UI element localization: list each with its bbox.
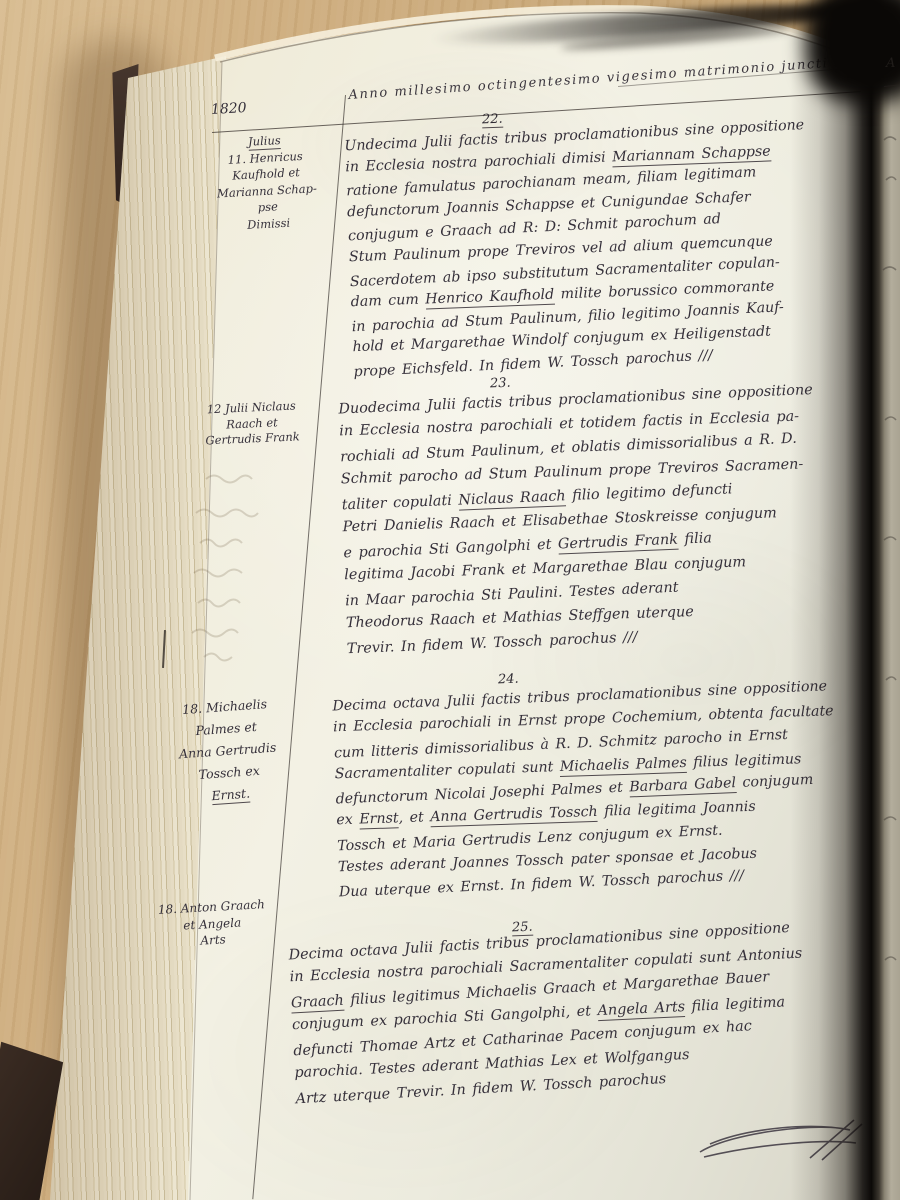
entry-number: 23.	[490, 376, 511, 392]
text-segment: Niclaus Raach	[458, 488, 566, 510]
text-segment: Raach et	[226, 415, 278, 431]
margin-note: 12 Julii NiclausRaach etGertrudis Frank	[192, 398, 312, 450]
text-segment: taliter copulati	[341, 493, 458, 514]
margin-note: 18. Anton Graachet AngelaArts	[155, 896, 269, 951]
text-segment: dam cum	[350, 292, 425, 311]
register-entry-body: Duodecima Julii factis tribus proclamati…	[338, 379, 822, 659]
photographed-register-page: Anno millesimo octingentesimo vigesimo m…	[0, 0, 900, 1200]
next-page-text-fragment: A	[886, 56, 895, 71]
entry-number: 24.	[498, 672, 519, 688]
text-segment: Sacramentaliter copulati sunt	[335, 759, 561, 782]
text-segment: filio legitimo defuncti	[565, 481, 732, 504]
text-segment: filia legitima	[685, 994, 786, 1015]
text-segment: 18. Michaelis	[182, 696, 268, 717]
text-segment: Gertrudis Frank	[205, 429, 300, 447]
text-segment: Anna Gertrudis Tossch	[430, 804, 598, 827]
register-entry-body: Decima octava Julii factis tribus procla…	[332, 677, 840, 904]
text-segment: filia legitima Joannis	[597, 799, 755, 820]
year-label: 1820	[211, 100, 247, 118]
text-segment: et Angela	[183, 915, 242, 932]
register-entry-body: Undecima Julii factis tribus proclamatio…	[344, 116, 814, 383]
book-gutter	[790, 0, 900, 1200]
text-segment: 12 Julii Niclaus	[206, 398, 296, 416]
text-segment: Henrico Kaufhold	[425, 287, 555, 310]
text-segment: Palmes et	[195, 719, 257, 738]
text-segment: Julius	[248, 133, 281, 151]
text-segment: Gertrudis Frank	[558, 532, 679, 555]
text-segment: Kaufhold et	[232, 165, 300, 183]
register-entry-body: Decima octava Julii factis tribus procla…	[288, 917, 809, 1110]
text-segment: Ernst	[359, 811, 399, 830]
text-segment: Tossch ex	[198, 763, 260, 782]
margin-note: Julius11. HenricusKaufhold etMarianna Sc…	[205, 130, 328, 235]
text-segment: Ernst.	[211, 786, 251, 806]
margin-note: 18. MichaelisPalmes etAnna GertrudisToss…	[168, 692, 287, 810]
text-segment: Dimissi	[247, 215, 291, 231]
text-segment: ex	[336, 812, 359, 829]
text-segment: filia	[678, 530, 713, 547]
text-segment: Arts	[200, 932, 226, 947]
text-segment: Anna Gertrudis	[179, 740, 277, 762]
text-segment: pse	[257, 199, 278, 214]
entry-number: 22.	[482, 112, 503, 129]
text-segment: filius legitimus	[686, 751, 801, 771]
text-segment: Barbara Gabel	[629, 775, 736, 797]
text-segment: Michaelis Palmes	[560, 755, 687, 777]
text-segment: , et	[398, 810, 430, 827]
